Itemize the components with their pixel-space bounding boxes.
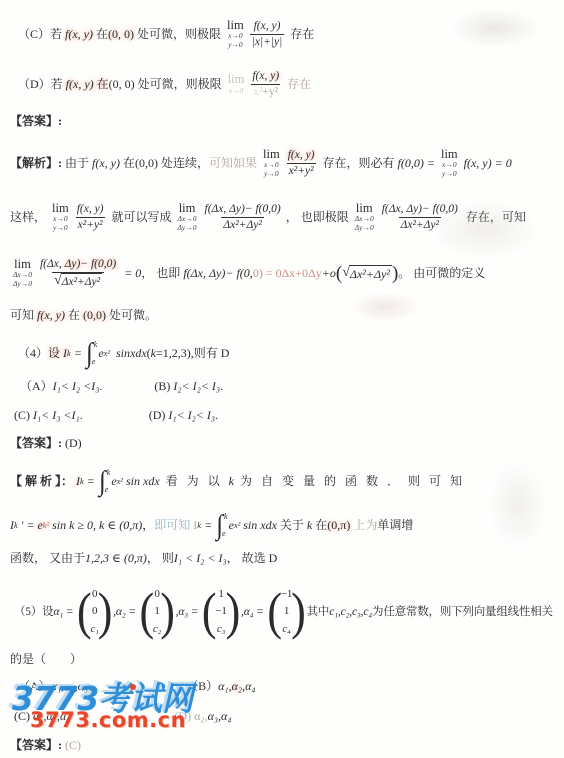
doc-line: 可知 f(x, y) 在 (0,0) 处可微。 (10, 306, 558, 324)
text-run: 【答案】: (10, 114, 62, 129)
text-run: 在 (312, 518, 327, 533)
doc-line: （D）若 f(x, y) 在(0, 0) 处可微，则极限 limx→0f(x, … (18, 62, 558, 106)
text-run: 存在，则必有 (320, 156, 398, 171)
text-run: I₁ < I₂ < I₃ (174, 551, 227, 566)
text-run: （A） (18, 679, 51, 694)
text-run: = (84, 474, 98, 489)
text-run: (D) (174, 709, 194, 724)
document-body: （C）若 f(x, y) 在(0, 0) 处可微，则极限 limx→0y→0f(… (10, 12, 558, 754)
vector-paren-close: ) (98, 587, 112, 636)
limit-operator: limx→0y→0 (52, 202, 69, 233)
limit-word: lim (441, 148, 458, 161)
text-run: 就可以写成 (109, 210, 175, 225)
vector-entry: 1 (284, 603, 289, 621)
text-run: sin xdx (240, 518, 277, 533)
text-run: (0,0) (83, 308, 106, 323)
text-run: f(x, y) (37, 308, 65, 323)
text-run: 【答案】: (10, 436, 62, 451)
vector-paren-open: ( (202, 587, 216, 636)
text-run: ,α₄ = (241, 605, 266, 619)
text-run: 单调增 (377, 518, 413, 533)
text-run: ， (142, 518, 154, 533)
document-page: （C）若 f(x, y) 在(0, 0) 处可微，则极限 limx→0y→0f(… (0, 0, 564, 758)
fraction-denominator: Δx²+Δy² (221, 217, 263, 232)
text-run: f(Δx, (40, 257, 65, 271)
text-run: 函数， 又由于 (10, 551, 85, 566)
limit-subscript: x→0 (53, 214, 68, 223)
text-run: = 0 (121, 266, 141, 281)
math-fraction: f(x, y)x²+y² (286, 148, 317, 178)
text-run: 这样， (10, 210, 49, 225)
text-run: 存在，可知 (463, 210, 526, 225)
text-run: I₁< I₃ <I₁ (33, 408, 80, 423)
text-run: α₁,α₃,α₄ (33, 709, 70, 724)
text-run: +o (322, 266, 336, 281)
doc-line: 【答案】: (C) (10, 736, 558, 754)
text-run: Δy)− f(0,0) (65, 257, 117, 271)
math-fraction: f(Δx, Δy)− f(0,0)Δx²+Δy² (203, 202, 283, 232)
text-run: 关于 (277, 518, 307, 533)
limit-subscript: x→0 (442, 160, 457, 169)
vector-entry: 1 (218, 586, 223, 604)
text-run: . (215, 408, 218, 423)
text-run: f(x, y) = 0 (461, 156, 512, 171)
text-run: （C）若 (18, 27, 65, 42)
text-run: (0, 0) 处可微，则极限 (109, 77, 225, 92)
vector-entry: 0 (92, 586, 97, 604)
fraction-numerator: f(Δx, Δy)− f(0,0) (38, 257, 118, 271)
text-run: 存在 (287, 27, 314, 42)
math-fraction: f(x, y)x²+y² (250, 69, 281, 99)
limit-operator: limx→0y→0 (263, 148, 280, 179)
text-run: 【 解 析 】： (10, 474, 76, 489)
limit-operator: limx→0 (228, 73, 245, 95)
integral: ∫ke (86, 340, 97, 367)
text-run: 1,2,3 ∈ (0,π) (85, 551, 147, 566)
integral-sign: ∫ (99, 467, 106, 495)
integral-bounds: ke (94, 340, 98, 367)
limit-word: lim (52, 202, 69, 215)
math-fraction: f(x, y)x²+y² (75, 202, 106, 232)
text-run: ， 故选 D (227, 551, 278, 566)
text-run: ， 也即极限 (286, 210, 352, 225)
limit-subscript: y→0 (228, 40, 243, 49)
text-run: （5）设 (14, 605, 53, 619)
integral-upper-bound: k (107, 468, 111, 478)
text-run: 即可知 (154, 518, 193, 533)
limit-subscript: x→0 (264, 160, 279, 169)
limit-subscript: Δy→0 (178, 223, 197, 232)
text-run: (B) (154, 379, 173, 394)
text-run: 看 为 以 (160, 474, 229, 489)
vector-entry: 0 (154, 586, 159, 604)
radicand: Δx²+Δy² (61, 273, 102, 289)
text-run: (0,π) (327, 518, 350, 533)
doc-line: 【 解 析 】： Ik = ∫keex² sin xdx 看 为 以 k 为 自… (10, 460, 558, 502)
integral-sign: ∫ (216, 511, 223, 539)
vector-entry: c₄ (282, 621, 290, 639)
text-run: ,α₃ = (176, 605, 201, 619)
limit-word: lim (14, 258, 31, 271)
text-run: α₁ = (53, 605, 76, 619)
text-run: 在 (94, 77, 109, 92)
text-run: I₁< I₂< I₃ (168, 408, 215, 423)
integral-upper-bound: k (94, 340, 98, 350)
vector-entry: 1 (154, 603, 159, 621)
text-run: 为任意常数，则下列向量组线性相关 (372, 605, 553, 619)
fraction-numerator: f(Δx, Δy)− f(0,0) (203, 202, 283, 216)
text-run: 处可微。 (106, 308, 157, 323)
text-run: f(Δx, Δy)− f(0,0) (205, 202, 281, 216)
text-run: ， 则 (147, 551, 174, 566)
integral-bounds: ke (107, 468, 111, 495)
text-run: =1,2,3),则有 D (156, 346, 229, 361)
text-run: = (201, 518, 215, 533)
text-run: 的是（ ） (10, 652, 82, 667)
text-run: 在(0,0) 处连续， (120, 156, 209, 171)
text-run: 可知如果 (209, 156, 260, 171)
limit-word: lim (227, 19, 244, 32)
limit-word: lim (263, 148, 280, 161)
fraction-numerator: f(Δx, Δy)− f(0,0) (380, 202, 460, 216)
integral-sign: ∫ (86, 339, 93, 367)
text-run: sin xdx (123, 474, 160, 489)
text-run: x² (253, 85, 262, 99)
text-run: +y² (263, 85, 279, 99)
limit-subscript: Δy→0 (355, 223, 374, 232)
text-run: f(x, y) (288, 148, 315, 162)
text-run: f(Δx, Δy)− f(0,0) (382, 202, 458, 216)
text-run: f(0,0) = (398, 156, 438, 171)
square-root: √Δx²+Δy² (54, 273, 102, 289)
vector-paren-close: ) (160, 587, 174, 636)
text-run: f(x, (252, 69, 270, 83)
limit-subscript: y→0 (264, 169, 279, 178)
limit-subscript: x→0 (228, 31, 243, 40)
vector-entry: 0 (92, 603, 97, 621)
text-run: 处可微，则极限 (134, 27, 224, 42)
doc-line: 这样， limx→0y→0f(x, y)x²+y² 就可以写成 limΔx→0Δ… (10, 192, 558, 242)
text-run: 。 由可微的定义 (398, 266, 485, 281)
integral-bounds: ke (224, 512, 228, 539)
limit-subscript: Δy→0 (13, 279, 32, 288)
limit-subscript: y→0 (53, 223, 68, 232)
text-run: sin k ≥ 0, k ∈ (0,π) (49, 518, 142, 533)
limit-subscript: x→0 (229, 86, 244, 95)
text-run: f(x, y) (66, 77, 94, 92)
doc-line: (C) I₁< I₃ <I₁.(D) I₁< I₂< I₃. (14, 405, 558, 425)
doc-line: （A）I₁< I₂ <I₃.(B) I₂< I₂< I₃. (20, 376, 558, 396)
limit-subscript: Δx→0 (13, 270, 32, 279)
text-run: e (37, 518, 42, 533)
fraction-denominator: |x|+|y| (250, 34, 285, 49)
text-run: α₁,α₂,α₃ (51, 679, 88, 694)
text-run: 【答案】: (10, 738, 62, 753)
vector-paren-close: ) (291, 587, 305, 636)
text-run: 为 自 变 量 的 函 数 ． 则 可 知 (234, 474, 465, 489)
fraction-denominator: Δx²+Δy² (399, 217, 441, 232)
fraction-denominator: x²+y² (76, 217, 105, 232)
doc-line: Ik ' = ek² sin k ≥ 0, k ∈ (0,π)，即可知 Ik =… (10, 504, 558, 546)
fraction-numerator: f(x, y) (250, 69, 281, 83)
text-run: α₃,α₄ (208, 709, 232, 724)
text-run: α₂, (194, 709, 207, 724)
vector-paren-close: ) (226, 587, 240, 636)
text-run: 【解析】: (10, 156, 62, 171)
text-run: 存在 (284, 77, 311, 92)
text-run: 0) = 0Δx+0Δy (253, 266, 322, 281)
text-run: ,α₄ (242, 679, 255, 694)
text-run: ， 也即 (141, 266, 183, 281)
limit-operator: limx→0y→0 (441, 148, 458, 179)
text-run: e (98, 346, 103, 361)
integral: ∫ke (99, 468, 110, 495)
column-vector: (−11c₄) (267, 586, 305, 639)
text-run: I₂< I₂< I₃ (173, 379, 220, 394)
fraction-denominator: √Δx²+Δy² (52, 272, 104, 289)
column-vector: (00c₁) (77, 586, 112, 639)
text-run: (C) (14, 709, 33, 724)
text-run: Δx²+Δy² (350, 267, 390, 281)
fraction-denominator: x²+y² (287, 163, 316, 178)
text-run: x²+y² (289, 164, 314, 178)
text-run: ' = (18, 518, 38, 533)
doc-line: 函数， 又由于1,2,3 ∈ (0,π)， 则I₁ < I₂ < I₃， 故选 … (10, 548, 558, 568)
doc-line: 的是（ ） (10, 650, 558, 668)
text-run: Δx²+Δy² (401, 218, 439, 232)
text-run: 由于 (62, 156, 92, 171)
text-run: （4） (18, 346, 48, 361)
fraction-numerator: f(x, y) (286, 148, 317, 162)
math-fraction: f(Δx, Δy)− f(0,0)√Δx²+Δy² (38, 257, 118, 289)
text-run: |x|+|y| (252, 35, 283, 49)
limit-word: lim (228, 73, 245, 86)
integral-upper-bound: k (224, 512, 228, 522)
doc-line: （A）α₁,α₂,α₃（B）α₁,α₂,α₄ (18, 676, 558, 696)
limit-operator: limΔx→0Δy→0 (355, 202, 374, 233)
text-run: 其中 (307, 605, 330, 619)
vector-paren-open: ( (77, 587, 91, 636)
text-run: α₂ (232, 679, 242, 694)
text-run: 在 (93, 27, 108, 42)
limit-word: lim (179, 202, 196, 215)
text-run: f(x, y) (92, 156, 120, 171)
limit-subscript: y→0 (442, 169, 457, 178)
text-run: Δx²+Δy² (62, 276, 100, 288)
text-run: 设 (48, 346, 63, 361)
limit-operator: limΔx→0Δy→0 (13, 258, 32, 289)
text-run: (C) (62, 738, 81, 753)
text-run: c₁,c₂,c₃,c₄ (329, 605, 372, 619)
text-run: e (111, 474, 116, 489)
doc-line: (C) α₁,α₃,α₄(D) α₂,α₃,α₄ (14, 706, 558, 726)
doc-line: （5）设α₁ = (00c₁),α₂ = (01c₂),α₃ = (1−1c₃)… (14, 574, 558, 650)
math-fraction: f(x, y)|x|+|y| (250, 19, 285, 49)
text-run: x²+y² (78, 218, 103, 232)
doc-line: （4）设 Ik = ∫keex² sinxdx(k=1,2,3),则有 D (18, 332, 558, 374)
column-vector: (01c₂) (139, 586, 174, 639)
text-run: (0, 0) (108, 27, 134, 42)
text-run: （D）若 (18, 77, 66, 92)
limit-word: lim (356, 202, 373, 215)
fraction-denominator: x²+y² (251, 84, 280, 99)
text-run: f(x, y) (77, 202, 104, 216)
text-run: α₁, (218, 679, 231, 694)
doc-line: 【答案】: (10, 112, 558, 130)
limit-operator: limΔx→0Δy→0 (178, 202, 197, 233)
doc-line: （C）若 f(x, y) 在(0, 0) 处可微，则极限 limx→0y→0f(… (18, 12, 558, 56)
fraction-numerator: f(x, y) (75, 202, 106, 216)
text-run: f(Δx, Δy)− f(0, (183, 266, 253, 281)
doc-line: 【解析】: 由于 f(x, y) 在(0,0) 处连续，可知如果 limx→0y… (10, 138, 558, 188)
text-run: . (80, 408, 83, 423)
text-run: Δx²+Δy² (223, 218, 261, 232)
text-run: ,α₂ = (113, 605, 138, 619)
text-run: I₁< I₂ <I₃ (53, 379, 100, 394)
square-root: √Δx²+Δy² (342, 265, 392, 282)
column-vector: (1−1c₃) (202, 586, 240, 639)
text-run: 上为 (350, 518, 377, 533)
limit-subscript: Δx→0 (355, 214, 374, 223)
text-run: (D) (149, 408, 169, 423)
text-run: = (71, 346, 85, 361)
vector-entry: c₃ (217, 621, 225, 639)
text-run: 可知 (10, 308, 37, 323)
text-run: （A） (20, 379, 53, 394)
limit-operator: limx→0y→0 (227, 19, 244, 50)
text-run: . (220, 379, 223, 394)
integral: ∫ke (216, 512, 227, 539)
fraction-numerator: f(x, y) (252, 19, 283, 33)
text-run: （B） (186, 679, 218, 694)
vector-paren-open: ( (267, 587, 281, 636)
math-fraction: f(Δx, Δy)− f(0,0)Δx²+Δy² (380, 202, 460, 232)
text-run: (C) (14, 408, 33, 423)
radicand: Δx²+Δy² (349, 265, 392, 282)
text-run: . (99, 379, 102, 394)
doc-line: 【答案】: (D) (10, 434, 558, 452)
text-run: (D) (62, 436, 82, 451)
text-run: f(x, y) (65, 27, 93, 42)
text-run: 在 (65, 308, 83, 323)
text-run: f(x, y) (254, 19, 281, 33)
text-run: y) (270, 69, 279, 83)
doc-line: limΔx→0Δy→0f(Δx, Δy)− f(0,0)√Δx²+Δy² = 0… (10, 246, 558, 300)
vector-paren-open: ( (139, 587, 153, 636)
text-run: sinxdx (110, 346, 147, 361)
limit-subscript: Δx→0 (178, 214, 197, 223)
